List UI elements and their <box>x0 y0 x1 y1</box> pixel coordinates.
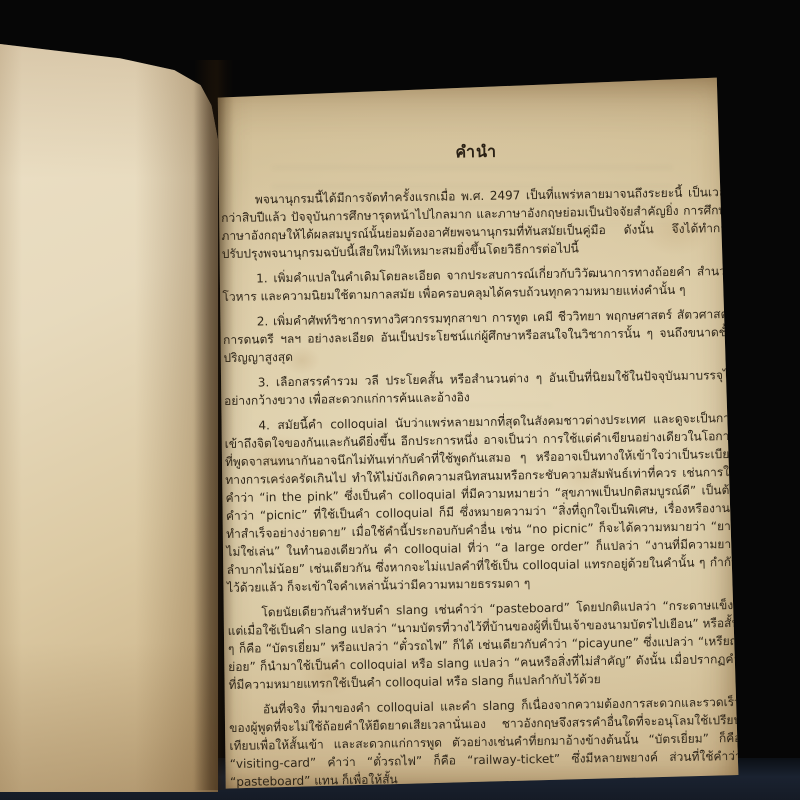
left-blank-page <box>0 44 218 792</box>
book-photo: คำนำ พจนานุกรมนี้ได้มีการจัดทำครั้งแรกเม… <box>0 0 800 800</box>
list-item-3: 3. เลือกสรรคำรวม วลี ประโยคสั้น หรือสำนว… <box>224 366 737 410</box>
closing-paragraph: อันที่จริง ที่มาของคำ colloquial และคำ s… <box>229 693 742 791</box>
right-text-page: คำนำ พจนานุกรมนี้ได้มีการจัดทำครั้งแรกเม… <box>212 74 740 790</box>
slang-paragraph: โดยนัยเดียวกันสำหรับคำ slang เช่นคำว่า “… <box>227 596 740 694</box>
list-item-4: 4. สมัยนี้คำ colloquial นับว่าแพร่หลายมา… <box>224 409 739 597</box>
list-item-2: 2. เพิ่มคำศัพท์วิชาการทางวิศวกรรมทุกสาขา… <box>223 305 736 367</box>
list-item-1: 1. เพิ่มคำแปลในคำเดิมโดยละเอียด จากประสบ… <box>222 262 735 306</box>
page-content: คำนำ พจนานุกรมนี้ได้มีการจัดทำครั้งแรกเม… <box>220 136 742 798</box>
intro-paragraph: พจนานุกรมนี้ได้มีการจัดทำครั้งแรกเมื่อ พ… <box>221 183 734 263</box>
page-title: คำนำ <box>220 136 732 169</box>
